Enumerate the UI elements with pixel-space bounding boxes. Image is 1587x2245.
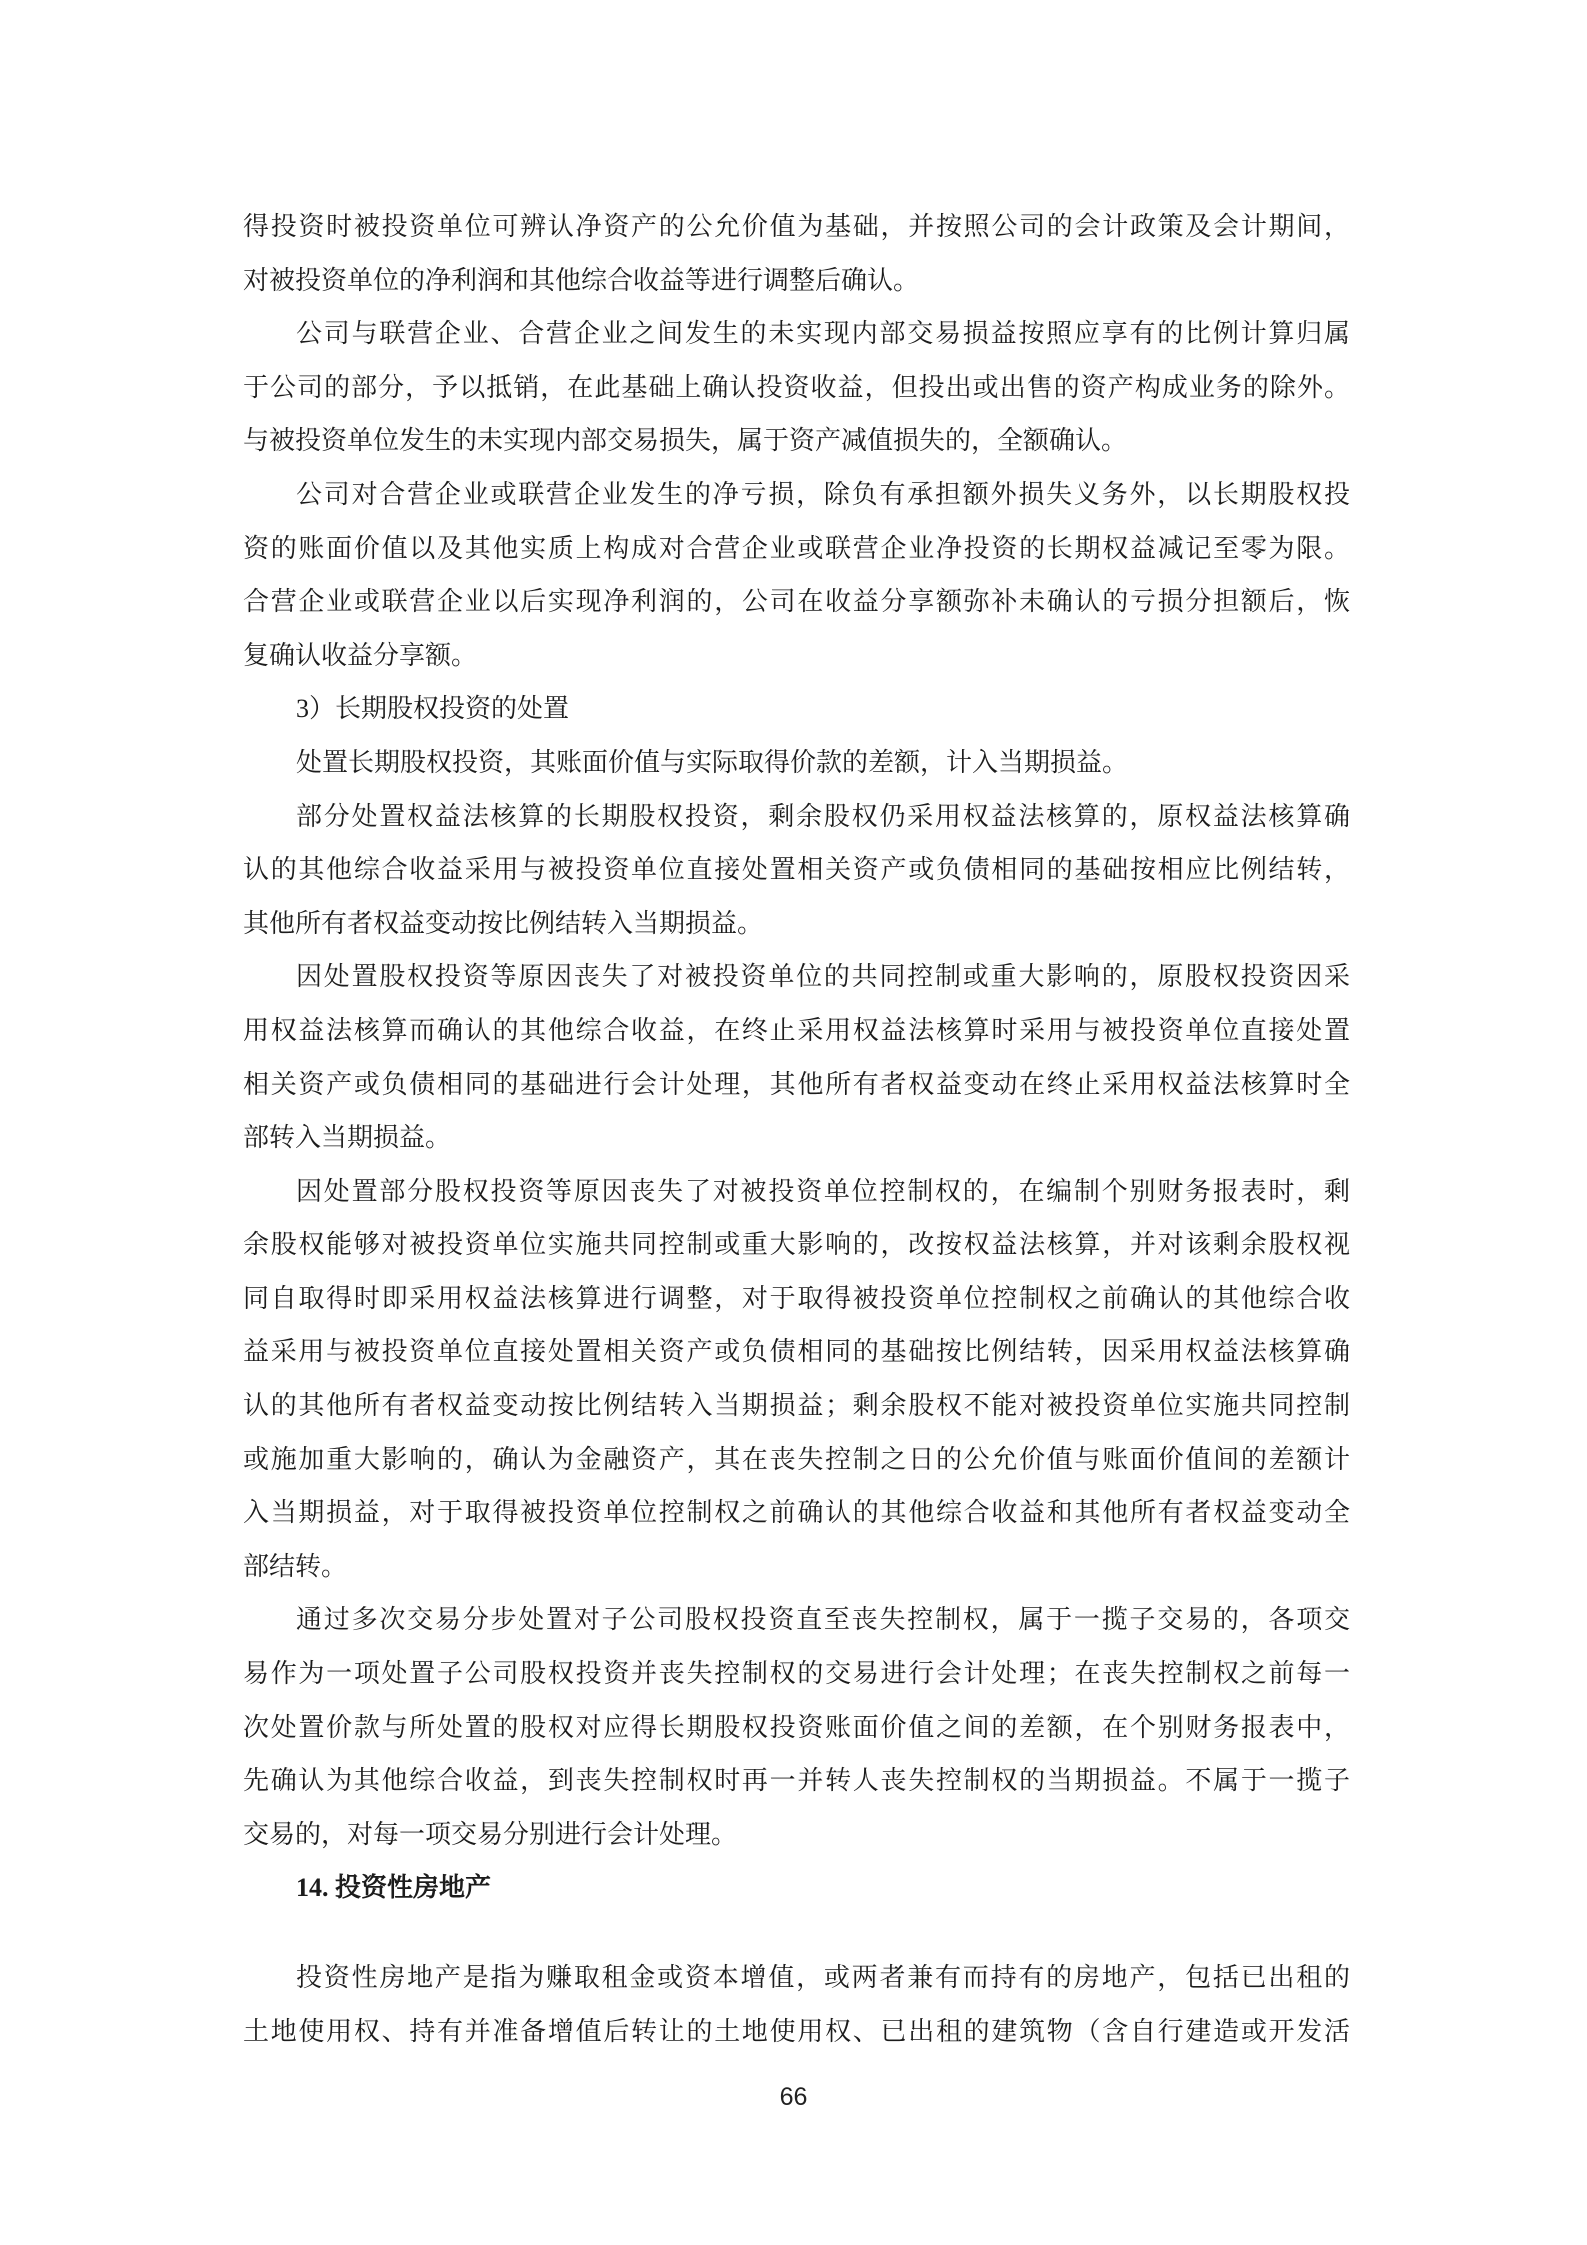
body-line: 或施加重大影响的，确认为金融资产，其在丧失控制之日的公允价值与账面价值间的差额计 — [243, 1433, 1350, 1487]
body-line: 入当期损益，对于取得被投资单位控制权之前确认的其他综合收益和其他所有者权益变动全 — [243, 1486, 1350, 1540]
document-page: 得投资时被投资单位可辨认净资产的公允价值为基础，并按照公司的会计政策及会计期间，… — [0, 0, 1587, 2245]
body-line: 易作为一项处置子公司股权投资并丧失控制权的交易进行会计处理；在丧失控制权之前每一 — [243, 1647, 1350, 1701]
body-line: 处置长期股权投资，其账面价值与实际取得价款的差额，计入当期损益。 — [243, 736, 1350, 790]
body-line: 其他所有者权益变动按比例结转入当期损益。 — [243, 897, 1350, 951]
body-line: 对被投资单位的净利润和其他综合收益等进行调整后确认。 — [243, 254, 1350, 308]
body-line: 投资性房地产是指为赚取租金或资本增值，或两者兼有而持有的房地产，包括已出租的 — [243, 1951, 1350, 2005]
body-line: 交易的，对每一项交易分别进行会计处理。 — [243, 1808, 1350, 1862]
body-line: 部结转。 — [243, 1540, 1350, 1594]
body-line: 于公司的部分，予以抵销，在此基础上确认投资收益，但投出或出售的资产构成业务的除外… — [243, 361, 1350, 415]
body-line: 同自取得时即采用权益法核算进行调整，对于取得被投资单位控制权之前确认的其他综合收 — [243, 1272, 1350, 1326]
page-number: 66 — [0, 2082, 1587, 2112]
body-line: 公司与联营企业、合营企业之间发生的未实现内部交易损益按照应享有的比例计算归属 — [243, 307, 1350, 361]
body-line: 复确认收益分享额。 — [243, 629, 1350, 683]
body-line: 先确认为其他综合收益，到丧失控制权时再一并转人丧失控制权的当期损益。不属于一揽子 — [243, 1754, 1350, 1808]
body-line: 次处置价款与所处置的股权对应得长期股权投资账面价值之间的差额，在个别财务报表中， — [243, 1701, 1350, 1755]
body-line: 部分处置权益法核算的长期股权投资，剩余股权仍采用权益法核算的，原权益法核算确 — [243, 790, 1350, 844]
body-line: 益采用与被投资单位直接处置相关资产或负债相同的基础按比例结转，因采用权益法核算确 — [243, 1325, 1350, 1379]
body-line: 得投资时被投资单位可辨认净资产的公允价值为基础，并按照公司的会计政策及会计期间， — [243, 200, 1350, 254]
body-line: 认的其他综合收益采用与被投资单位直接处置相关资产或负债相同的基础按相应比例结转， — [243, 843, 1350, 897]
body-line: 部转入当期损益。 — [243, 1111, 1350, 1165]
body-line: 因处置部分股权投资等原因丧失了对被投资单位控制权的，在编制个别财务报表时，剩 — [243, 1165, 1350, 1219]
body-line: 用权益法核算而确认的其他综合收益，在终止采用权益法核算时采用与被投资单位直接处置 — [243, 1004, 1350, 1058]
body-line: 资的账面价值以及其他实质上构成对合营企业或联营企业净投资的长期权益减记至零为限。 — [243, 522, 1350, 576]
body-line: 认的其他所有者权益变动按比例结转入当期损益；剩余股权不能对被投资单位实施共同控制 — [243, 1379, 1350, 1433]
section-heading-investment-property: 14. 投资性房地产 — [243, 1861, 1350, 1915]
body-line: 合营企业或联营企业以后实现净利润的，公司在收益分享额弥补未确认的亏损分担额后，恢 — [243, 575, 1350, 629]
body-line: 通过多次交易分步处置对子公司股权投资直至丧失控制权，属于一揽子交易的，各项交 — [243, 1593, 1350, 1647]
body-line: 余股权能够对被投资单位实施共同控制或重大影响的，改按权益法核算，并对该剩余股权视 — [243, 1218, 1350, 1272]
body-line: 因处置股权投资等原因丧失了对被投资单位的共同控制或重大影响的，原股权投资因采 — [243, 950, 1350, 1004]
body-line: 公司对合营企业或联营企业发生的净亏损，除负有承担额外损失义务外，以长期股权投 — [243, 468, 1350, 522]
body-line: 与被投资单位发生的未实现内部交易损失，属于资产减值损失的，全额确认。 — [243, 414, 1350, 468]
text-block: 得投资时被投资单位可辨认净资产的公允价值为基础，并按照公司的会计政策及会计期间，… — [243, 200, 1350, 2058]
list-item-heading: 3）长期股权投资的处置 — [243, 682, 1350, 736]
body-line: 土地使用权、持有并准备增值后转让的土地使用权、已出租的建筑物（含自行建造或开发活 — [243, 2005, 1350, 2059]
body-line: 相关资产或负债相同的基础进行会计处理，其他所有者权益变动在终止采用权益法核算时全 — [243, 1058, 1350, 1112]
